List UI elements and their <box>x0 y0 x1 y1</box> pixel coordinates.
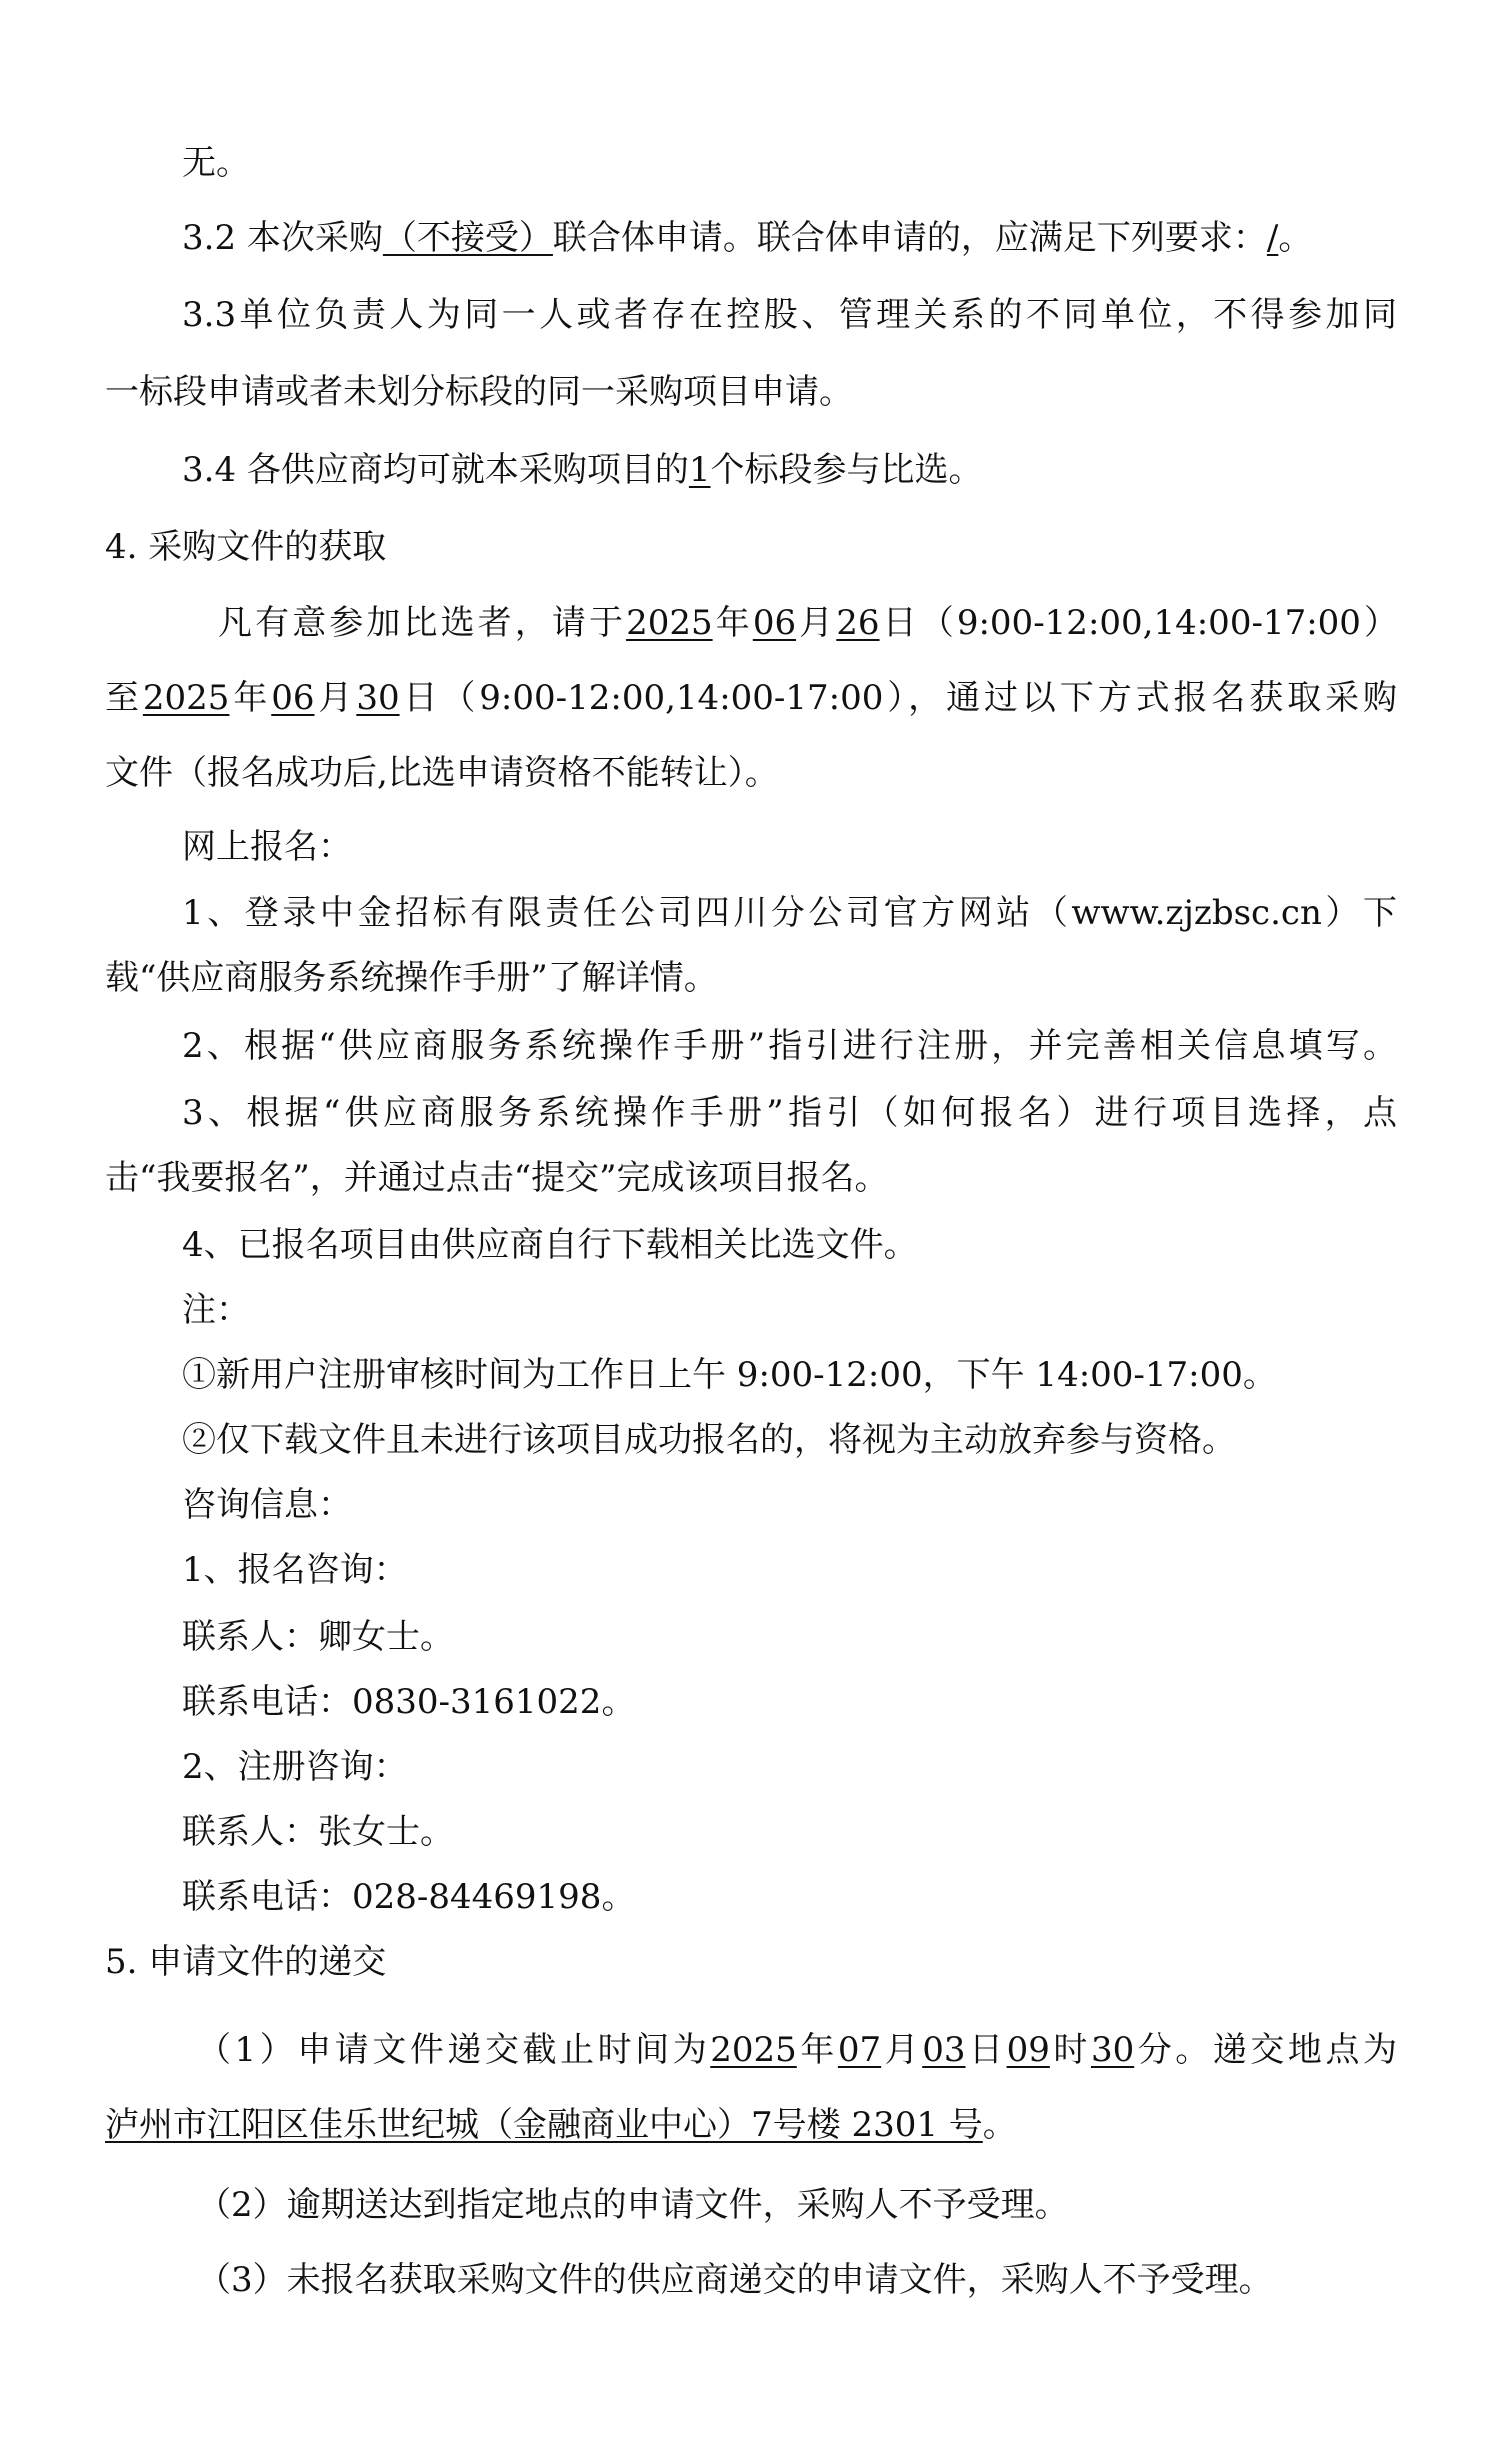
end-day-field: 30 <box>356 678 399 718</box>
para-text: 凡有意参加比选者，请于 <box>218 603 626 643</box>
para-text: 月 <box>881 2030 922 2070</box>
deadline-hour-field: 09 <box>1007 2030 1050 2070</box>
para-text: 无。 <box>182 143 250 183</box>
end-month-field: 06 <box>271 678 314 718</box>
register-contact: 联系人：张女士。 <box>182 1810 454 1854</box>
submission-address-line: 泸州市江阳区佳乐世纪城（金融商业中心）7号楼 2301 号。 <box>105 2103 1017 2147</box>
signup-phone: 联系电话：0830-3161022。 <box>182 1680 635 1724</box>
consortium-acceptance-field: （不接受） <box>383 218 553 258</box>
para-text: 分。递交地点为 <box>1134 2030 1397 2070</box>
para-text: 年 <box>797 2030 838 2070</box>
step-1-line1: 1、登录中金招标有限责任公司四川分公司官方网站（www.zjzbsc.cn）下 <box>182 891 1397 935</box>
para-text: 日 <box>966 2030 1007 2070</box>
step-3-line1: 3、根据“供应商服务系统操作手册”指引（如何报名）进行项目选择，点 <box>182 1091 1397 1135</box>
deadline-month-field: 07 <box>838 2030 881 2070</box>
intro-line3: 文件（报名成功后,比选申请资格不能转让）。 <box>105 751 779 795</box>
para-3-4: 3.4 各供应商均可就本采购项目的1个标段参与比选。 <box>182 448 983 492</box>
step-2: 2、根据“供应商服务系统操作手册”指引进行注册，并完善相关信息填写。 <box>182 1024 1397 1068</box>
submission-address: 泸州市江阳区佳乐世纪城（金融商业中心）7号楼 2301 号 <box>105 2105 983 2145</box>
consult-title: 咨询信息： <box>182 1483 352 1527</box>
deadline-year-field: 2025 <box>710 2030 797 2070</box>
end-year-field: 2025 <box>143 678 230 718</box>
para-text: 联合体申请。联合体申请的，应满足下列要求： <box>553 218 1267 258</box>
para-3-2: 3.2 本次采购（不接受）联合体申请。联合体申请的，应满足下列要求：/。 <box>182 216 1312 260</box>
para-text: 月 <box>796 603 836 643</box>
para-text: （1）申请文件递交截止时间为 <box>197 2030 710 2070</box>
section-4-heading: 4. 采购文件的获取 <box>105 525 386 569</box>
late-submission-rule: （2）逾期送达到指定地点的申请文件，采购人不予受理。 <box>197 2183 1069 2227</box>
start-year-field: 2025 <box>626 603 713 643</box>
para-text: 。 <box>983 2105 1017 2145</box>
start-month-field: 06 <box>753 603 796 643</box>
para-text: 至 <box>105 678 143 718</box>
para-text: 年 <box>713 603 753 643</box>
para-text: 时 <box>1050 2030 1091 2070</box>
para-text: 月 <box>315 678 357 718</box>
start-day-field: 26 <box>836 603 879 643</box>
step-1-line2: 载“供应商服务系统操作手册”了解详情。 <box>105 956 718 1000</box>
deadline-minute-field: 30 <box>1091 2030 1134 2070</box>
consortium-requirement-field: / <box>1267 218 1278 258</box>
para-text: 日（9:00-12:00,14:00-17:00） <box>880 603 1398 643</box>
intro-line2: 至2025年06月30日（9:00-12:00,14:00-17:00），通过以… <box>105 676 1397 720</box>
note-title: 注： <box>182 1288 250 1332</box>
para-3-1-tail: 无。 <box>182 141 250 185</box>
para-3-3-line2: 一标段申请或者未划分标段的同一采购项目申请。 <box>105 370 853 414</box>
para-text: 3.4 各供应商均可就本采购项目的 <box>182 450 689 490</box>
signup-contact: 联系人：卿女士。 <box>182 1615 454 1659</box>
section-5-heading: 5. 申请文件的递交 <box>105 1940 386 1984</box>
deadline-day-field: 03 <box>922 2030 965 2070</box>
register-consult-title: 2、注册咨询： <box>182 1745 408 1789</box>
register-phone: 联系电话：028-84469198。 <box>182 1875 635 1919</box>
para-text: 日（9:00-12:00,14:00-17:00），通过以下方式报名获取采购 <box>400 678 1397 718</box>
online-signup-title: 网上报名： <box>182 825 352 869</box>
note-2: ②仅下载文件且未进行该项目成功报名的，将视为主动放弃参与资格。 <box>182 1418 1236 1462</box>
step-3-line2: 击“我要报名”，并通过点击“提交”完成该项目报名。 <box>105 1156 889 1200</box>
lot-count-field: 1 <box>689 450 711 490</box>
para-text: 3.2 本次采购 <box>182 218 383 258</box>
step-4: 4、已报名项目由供应商自行下载相关比选文件。 <box>182 1223 918 1267</box>
para-text: 年 <box>229 678 271 718</box>
signup-consult-title: 1、报名咨询： <box>182 1548 408 1592</box>
submission-deadline-line: （1）申请文件递交截止时间为2025年07月03日09时30分。递交地点为 <box>197 2028 1397 2072</box>
intro-line1: 凡有意参加比选者，请于2025年06月26日（9:00-12:00,14:00-… <box>218 601 1398 645</box>
document-page: 无。 3.2 本次采购（不接受）联合体申请。联合体申请的，应满足下列要求：/。 … <box>0 0 1500 2438</box>
para-text: 个标段参与比选。 <box>711 450 983 490</box>
para-3-3-line1: 3.3单位负责人为同一人或者存在控股、管理关系的不同单位，不得参加同 <box>182 293 1397 337</box>
para-text: 。 <box>1278 218 1312 258</box>
unregistered-submission-rule: （3）未报名获取采购文件的供应商递交的申请文件，采购人不予受理。 <box>197 2258 1273 2302</box>
note-1: ①新用户注册审核时间为工作日上午 9:00-12:00，下午 14:00-17:… <box>182 1353 1277 1397</box>
